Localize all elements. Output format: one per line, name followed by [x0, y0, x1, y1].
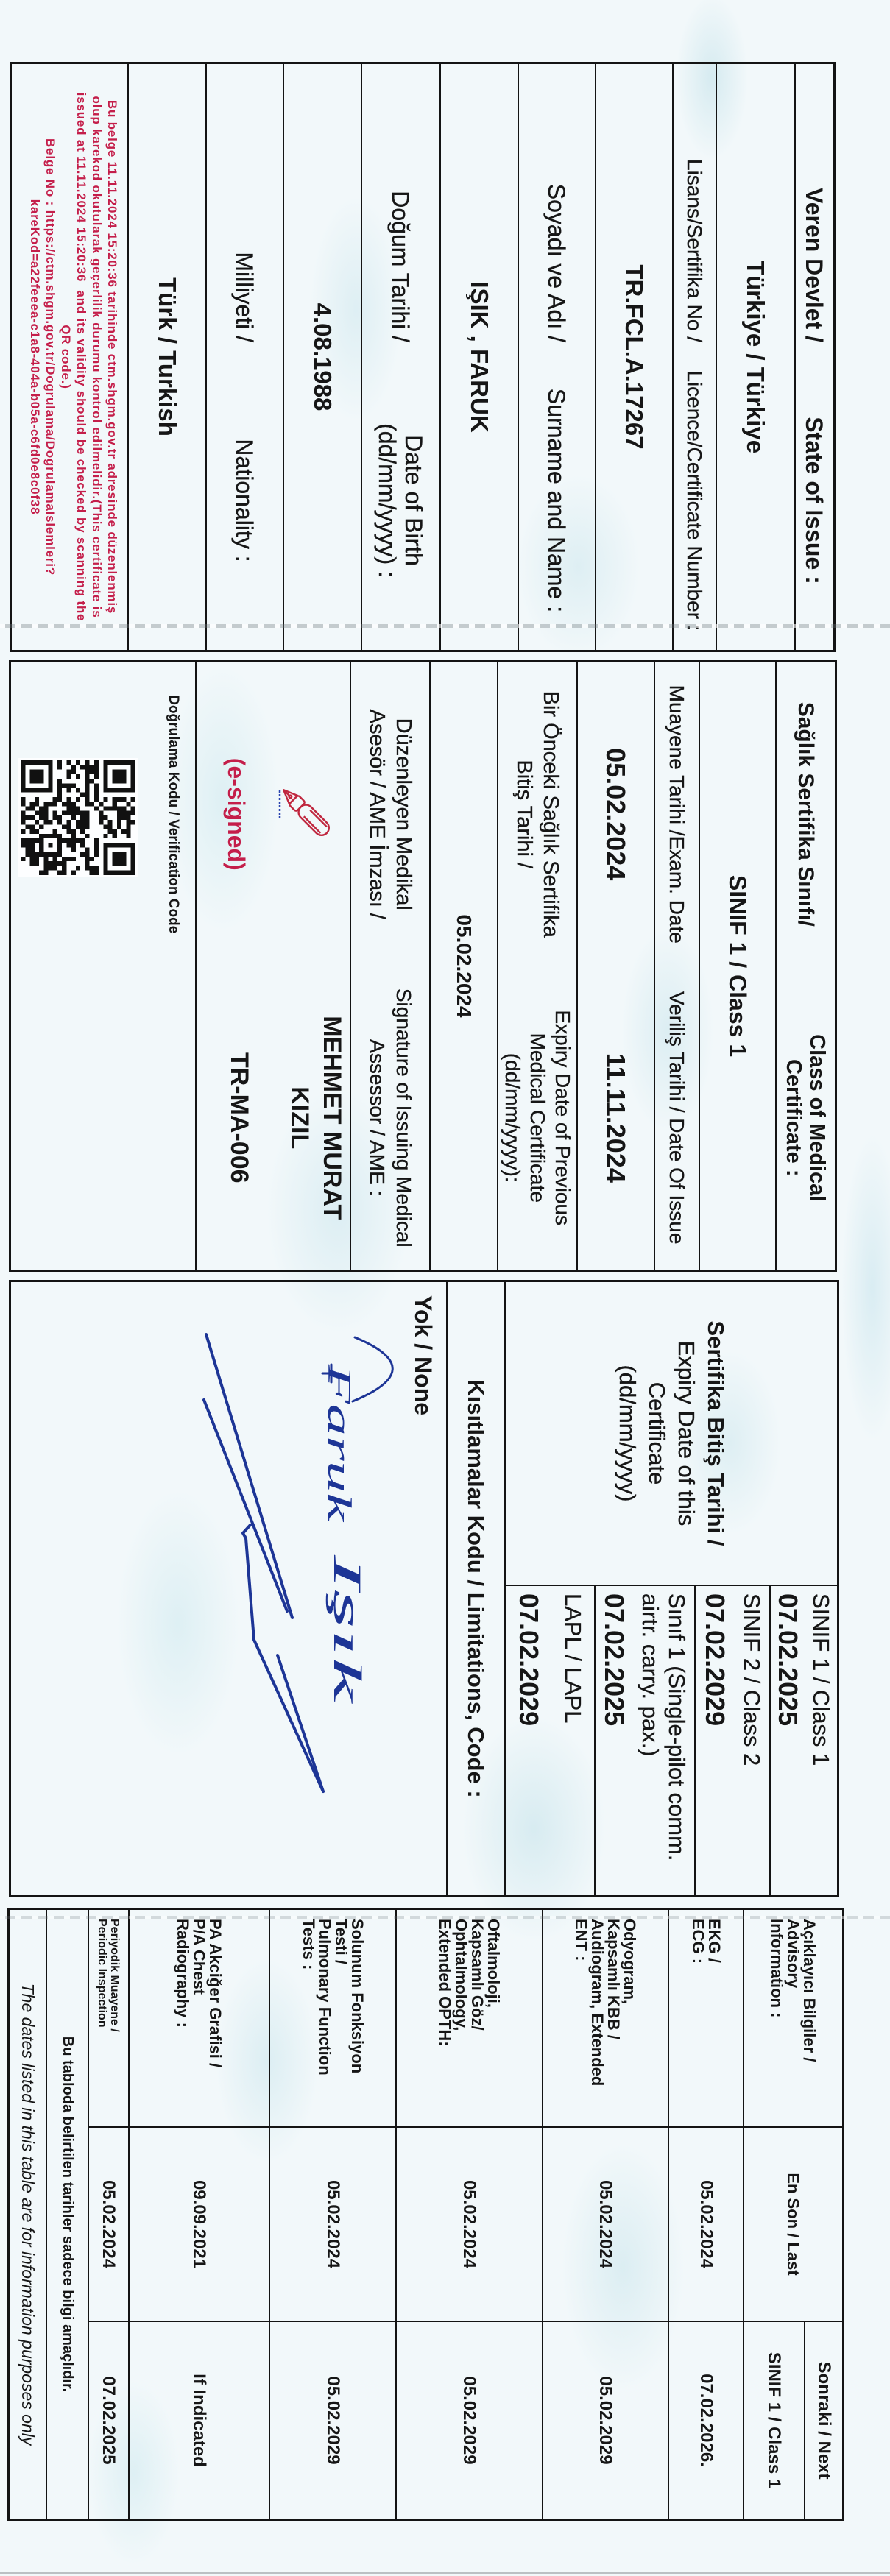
validation-notice-row: Bu belge 11.11.2024 15:20:36 tarihinde c… — [12, 64, 127, 650]
exam-date-label: Muayene Tarihi /Exam. Date — [665, 662, 690, 966]
expiry-entry-date: 07.02.2025 — [600, 1593, 629, 1895]
issue-date-label: Veriliş Tarihi / Date Of Issue — [665, 966, 690, 1270]
advisory-row-last-ecg: 05.02.2024 — [668, 2128, 743, 2322]
qr-code-icon — [18, 758, 138, 877]
examiner-code: TR-MA-006 — [223, 966, 255, 1270]
state-of-issue-label-tr: Veren Devlet / — [802, 64, 828, 351]
expiry-entry-date: 07.02.2029 — [700, 1593, 730, 1895]
licence-number-value: TR.FCL.A.17267 — [621, 264, 649, 449]
expiry-label: Sertifika Bitiş Tarihi / Expiry Date of … — [612, 1320, 730, 1546]
licence-number-label-en: Licence/Certificate Number : — [682, 351, 708, 650]
pen-nib-icon — [270, 776, 344, 850]
certificate-class-value: SINIF 1 / Class 1 — [724, 875, 752, 1057]
limitations-label: Kısıtlamalar Kodu / Limitations, Code : — [446, 1282, 504, 1895]
holder-name-label-en: Surname and Name : — [544, 351, 571, 650]
date-of-birth-value: 4.08.1988 — [308, 303, 336, 411]
expiry-entry-date: 07.02.2025 — [774, 1593, 803, 1895]
advisory-row-label-ecg: EKG / ECG : — [668, 1910, 743, 2128]
issue-date-value: 11.11.2024 — [602, 966, 630, 1270]
date-of-birth-label-tr: Doğum Tarihi / — [388, 64, 414, 351]
advisory-row-next-periodic: 07.02.2025 — [88, 2322, 128, 2519]
examiner-signature-row: (e-signed) MEHMET MURAT KIZIL TR-MA-006 — [195, 662, 350, 1270]
examiner-name: MEHMET MURAT KIZIL — [283, 966, 348, 1270]
previous-expiry-label-tr: Bir Önceki Sağlık Sertifika Bitiş Tarihi… — [511, 662, 564, 966]
paper-fold-crease — [0, 1916, 890, 1919]
advisory-row-last-pulmonary: 05.02.2024 — [269, 2128, 395, 2322]
expiry-entry-class: SINIF 1 / Class 1 — [808, 1593, 835, 1895]
advisory-note-en: The dates listed in this table are for i… — [10, 1910, 46, 2519]
column-header-next-class: SINIF 1 / Class 1 — [744, 2322, 804, 2519]
holder-name-label-tr: Soyadı ve Adı / — [544, 64, 571, 351]
advisory-title: Açıklayıcı Bilgiler / Advisory Informati… — [743, 1910, 842, 2128]
exam-issue-date-label-row: Muayene Tarihi /Exam. Date Veriliş Tarih… — [654, 662, 699, 1270]
paper-fold-crease — [0, 624, 890, 628]
certificate-class-label-tr: Sağlık Sertifika Sınıfı/ — [793, 662, 819, 966]
expiry-entry-class: SINIF 2 / Class 2 — [738, 1593, 765, 1895]
nationality-label-en: Nationality : — [232, 351, 258, 650]
advisory-row-label-chest-xray: PA Akciğer Grafisi / P/A Chest Radiograp… — [128, 1910, 269, 2128]
licence-number-label-tr: Lisans/Sertifika No / — [682, 64, 708, 351]
paper-edge — [0, 2572, 890, 2574]
verification-code-row: Doğrulama Kodu / Verification Code — [11, 662, 195, 1270]
date-of-birth-label-row: Doğum Tarihi / Date of Birth (dd/mm/yyyy… — [361, 64, 439, 650]
validation-notice-text: Bu belge 11.11.2024 15:20:36 tarihinde c… — [58, 64, 120, 650]
previous-expiry-value-row: 05.02.2024 — [429, 662, 497, 1270]
certificate-class-label-row: Sağlık Sertifika Sınıfı/ Class of Medica… — [775, 662, 835, 1270]
advisory-row-next-chest-xray: If Indicated — [128, 2322, 269, 2519]
advisory-row-next-audiogram: 05.02.2029 — [542, 2322, 668, 2519]
advisory-row-label-pulmonary: Solunum Fonksiyon Testi / Pulmonary Func… — [269, 1910, 395, 2128]
date-of-birth-label-en: Date of Birth (dd/mm/yyyy) : — [375, 351, 428, 650]
advisory-row-last-audiogram: 05.02.2024 — [542, 2128, 668, 2322]
expiry-dates-list: SINIF 1 / Class 1 07.02.2025 SINIF 2 / C… — [506, 1586, 837, 1895]
column-header-next: Sonraki / Next SINIF 1 / Class 1 — [743, 2322, 842, 2519]
advisory-row-next-ophthalmology: 05.02.2029 — [395, 2322, 542, 2519]
expiry-label-cell: Sertifika Bitiş Tarihi / Expiry Date of … — [506, 1282, 837, 1586]
expiry-entry: LAPL / LAPL 07.02.2029 — [506, 1586, 594, 1895]
expiry-entry: SINIF 1 / Class 1 07.02.2025 — [769, 1586, 837, 1895]
holder-signature-first-name: Faruk — [321, 1363, 359, 1524]
advisory-information-panel: Açıklayıcı Bilgiler / Advisory Informati… — [7, 1908, 844, 2521]
date-of-birth-value-row: 4.08.1988 — [283, 64, 361, 650]
advisory-note-tr: Bu tabloda belirtilen tarihler sadece bi… — [46, 1910, 88, 2519]
examiner-label-row: Düzenleyen Medikal Asesör / AME İmzası /… — [350, 662, 429, 1270]
advisory-row-next-pulmonary: 05.02.2029 — [269, 2322, 395, 2519]
exam-date-value: 05.02.2024 — [602, 662, 630, 966]
advisory-row-label-periodic: Periyodik Muayene / Periodic Inspection — [88, 1910, 128, 2128]
licence-number-label-row: Lisans/Sertifika No / Licence/Certificat… — [672, 64, 716, 650]
exam-issue-date-value-row: 05.02.2024 11.11.2024 — [576, 662, 654, 1270]
document-photo: Veren Devlet / State of Issue : Türkiye … — [0, 0, 890, 2576]
e-signed-status: (e-signed) — [223, 662, 250, 966]
state-of-issue-label-en: State of Issue : — [802, 351, 828, 650]
previous-expiry-label-en: Expiry Date of Previous Medical Certific… — [500, 966, 575, 1270]
state-of-issue-value-row: Türkiye / Türkiye — [716, 64, 794, 650]
expiry-entry: SINIF 2 / Class 2 07.02.2029 — [694, 1586, 769, 1895]
verification-code-label: Doğrulama Kodu / Verification Code — [164, 662, 182, 966]
nationality-label-row: Milliyeti / Nationality : — [205, 64, 283, 650]
expiry-label-tr: Sertifika Bitiş Tarihi / — [701, 1320, 730, 1546]
nationality-value: Türk / Turkish — [153, 277, 181, 436]
expiry-label-en: Expiry Date of this Certificate (dd/mm/y… — [612, 1320, 701, 1546]
medical-certificate: Veren Devlet / State of Issue : Türkiye … — [0, 0, 890, 2576]
advisory-row-last-ophthalmology: 05.02.2024 — [395, 2128, 542, 2322]
holder-name-label-row: Soyadı ve Adı / Surname and Name : — [518, 64, 595, 650]
document-number-link[interactable]: Belge No : https://ctm.shgm.gov.tr/Dogru… — [27, 64, 58, 650]
limitations-signature-area: Yok / None Faruk Işık — [11, 1282, 446, 1895]
advisory-row-last-periodic: 05.02.2024 — [88, 2128, 128, 2322]
expiry-entry: Sınıf 1 (Single-pilot comm. airtr. carry… — [594, 1586, 694, 1895]
expiry-entry-date: 07.02.2029 — [514, 1593, 543, 1895]
expiry-entry-class: LAPL / LAPL — [559, 1593, 586, 1895]
holder-name-value: IŞIK , FARUK — [465, 281, 493, 432]
previous-expiry-label-row: Bir Önceki Sağlık Sertifika Bitiş Tarihi… — [497, 662, 576, 1270]
advisory-row-label-ophthalmology: Oftalmoloji, Kapsamlı Göz/ Ophtalmology,… — [395, 1910, 542, 2128]
state-of-issue-value: Türkiye / Türkiye — [742, 261, 770, 453]
holder-signature: Faruk Işık — [9, 1282, 446, 1895]
expiry-entry-class: Sınıf 1 (Single-pilot comm. airtr. carry… — [638, 1593, 691, 1895]
expiry-section: Sertifika Bitiş Tarihi / Expiry Date of … — [504, 1282, 837, 1895]
certificate-details-panel: Sağlık Sertifika Sınıfı/ Class of Medica… — [9, 660, 837, 1272]
advisory-row-last-chest-xray: 09.09.2021 — [128, 2128, 269, 2322]
nationality-value-row: Türk / Turkish — [127, 64, 205, 650]
previous-expiry-value: 05.02.2024 — [450, 914, 478, 1017]
certificate-class-label-en: Class of Medical Certificate : — [783, 966, 830, 1270]
validity-panel: Sertifika Bitiş Tarihi / Expiry Date of … — [9, 1280, 839, 1897]
examiner-label-en: Signature of Issuing Medical Assessor / … — [364, 966, 417, 1270]
licence-number-value-row: TR.FCL.A.17267 — [595, 64, 672, 650]
holder-signature-surname: Işık — [325, 1553, 370, 1704]
holder-name-value-row: IŞIK , FARUK — [439, 64, 518, 650]
nationality-label-tr: Milliyeti / — [232, 64, 258, 351]
certificate-class-value-row: SINIF 1 / Class 1 — [699, 662, 775, 1270]
advisory-row-next-ecg: 07.02.2026. — [668, 2322, 743, 2519]
advisory-row-label-audiogram: Odyogram, Kapsamlı KBB / Audiogram, Exte… — [542, 1910, 668, 2128]
state-of-issue-label-row: Veren Devlet / State of Issue : — [794, 64, 833, 650]
column-header-last: En Son / Last — [743, 2128, 842, 2322]
holder-details-panel: Veren Devlet / State of Issue : Türkiye … — [10, 62, 836, 652]
column-header-next-label: Sonraki / Next — [804, 2322, 842, 2519]
examiner-label-tr: Düzenleyen Medikal Asesör / AME İmzası / — [364, 662, 417, 966]
